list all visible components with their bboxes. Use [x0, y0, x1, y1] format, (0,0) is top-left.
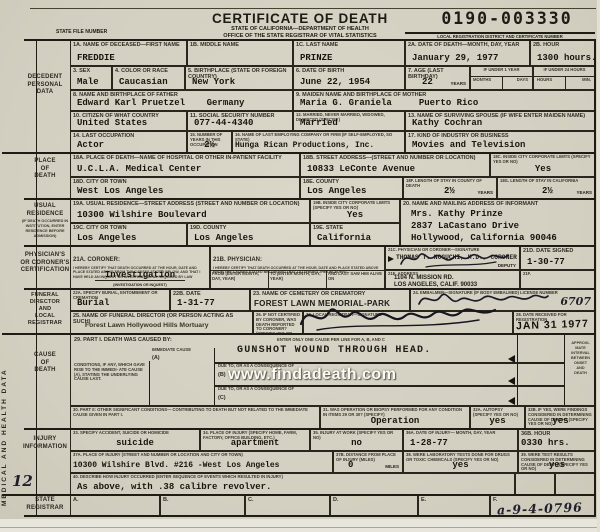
field-findings-considered: 32B. IF YES, WERE FINDINGS CONSIDERED IN…: [525, 406, 596, 429]
field-residence-county: 19D. COUNTYLos Angeles: [187, 223, 310, 246]
field-burial-date: 22B. DATE1-31-77: [170, 289, 250, 311]
field-citizen-of: 10. CITIZEN OF WHAT COUNTRYUnited States: [70, 111, 187, 131]
interval-tick-mark: [508, 355, 515, 363]
handwritten-arrow-mark: [388, 256, 394, 262]
field-coroner-certification: 21A. CORONER: I HEREBY CERTIFY THAT DEAT…: [70, 246, 210, 289]
field-informant: 20. NAME AND MAILING ADDRESS OF INFORMAN…: [400, 199, 596, 246]
field-place-of-injury-address: 37A. PLACE OF INJURY (STREET AND NUMBER …: [70, 451, 333, 473]
grid-line: [24, 198, 596, 200]
interval-column-label: APPROXI- MATE INTERVAL BETWEEN ONSET AND…: [565, 341, 596, 375]
field-last-name: 1C. LAST NAMEPRINZE: [293, 40, 405, 66]
field-age-under-24-hours: IF UNDER 24 HOURS HOURS MIN.: [533, 66, 596, 90]
grid-line: [214, 348, 215, 406]
section-label-funeral-director: FUNERAL DIRECTOR AND LOCAL REGISTRAR: [22, 292, 68, 326]
grid-line: [2, 494, 24, 496]
field-industry: 17. KIND OF INDUSTRY OR BUSINESSMovies a…: [405, 131, 596, 153]
section-label-decedent: DECEDENT PERSONAL DATA: [22, 74, 68, 97]
field-age: 7. AGE (LAST BIRTHDAY)22 YEARS: [405, 66, 470, 90]
field-how-injury-occurred: 40. DESCRIBE HOW INJURY OCCURRED (ENTER …: [70, 473, 515, 495]
death-certificate-scan: STATE FILE NUMBER CERTIFICATE OF DEATH S…: [0, 0, 600, 532]
empty-box: [515, 473, 555, 495]
field-autopsy: 32A. AUTOPSY (SPECIFY YES OR NO)yes: [470, 406, 525, 429]
grid-line: [24, 152, 596, 154]
field-place-of-injury-type: 34. PLACE OF INJURY (SPECIFY HOME, FARM,…: [200, 429, 310, 451]
grid-line: [149, 361, 150, 406]
coroner-deputy-signature: [398, 247, 516, 271]
field-date-signed: 21D. DATE SIGNED1-30-77: [520, 246, 596, 270]
field-birthplace: 5. BIRTHPLACE (STATE OR FOREIGN COUNTRY)…: [185, 66, 293, 90]
field-place-of-death-street: 18B. STREET ADDRESS—(STREET AND NUMBER O…: [300, 153, 490, 177]
interval-tick-mark: [508, 397, 515, 405]
field-length-of-stay-county: 18F. LENGTH OF STAY IN COUNTY OF DEATH2½…: [403, 177, 497, 199]
field-burial-type: 22A. SPECIFY BURIAL, ENTOMBMENT OR CREMA…: [70, 289, 170, 311]
section-label-physician-coroner: PHYSICIAN'S OR CORONER'S CERTIFICATION: [17, 252, 73, 275]
field-test-results-considered: 39. WERE TEST RESULTS CONSIDERED IN DETE…: [518, 451, 596, 473]
field-lab-tests-done: 38. WERE LABORATORY TESTS DONE FOR DRUGS…: [403, 451, 518, 473]
field-place-of-death-facility: 18A. PLACE OF DEATH—NAME OF HOSPITAL OR …: [70, 153, 300, 177]
field-last-occupation: 14. LAST OCCUPATIONActor: [70, 131, 187, 153]
section-label-place-of-death: PLACE OF DEATH: [22, 158, 68, 181]
state-file-number-label: STATE FILE NUMBER: [56, 29, 107, 35]
field-date-of-death: 2A. DATE OF DEATH—MONTH, DAY, YEARJanuar…: [405, 40, 530, 66]
field-other-significant-conditions: 30. PART II: OTHER SIGNIFICANT CONDITION…: [70, 406, 320, 429]
field-accident-suicide-homicide: 33. SPECIFY ACCIDENT, SUICIDE OR HOMICID…: [70, 429, 200, 451]
grid-line: [2, 333, 24, 335]
scan-edge-line: [0, 527, 600, 528]
grid-line: [517, 335, 518, 406]
section-label-usual-residence: USUAL RESIDENCE: [20, 203, 70, 218]
registrar-box-e: E.: [418, 495, 490, 516]
field-color-or-race: 4. COLOR OR RACECaucasian: [112, 66, 185, 90]
section-label-injury-information: INJURY INFORMATION: [20, 436, 70, 451]
field-residence-city: 19C. CITY OR TOWNLos Angeles: [70, 223, 187, 246]
handwritten-page-number: 12: [12, 472, 33, 490]
field-21f-box: 21F.: [520, 270, 596, 289]
field-age-under-1-year: IF UNDER 1 YEAR MONTHS DAYS: [470, 66, 533, 90]
field-funeral-director-name: 25. NAME OF FUNERAL DIRECTOR (OR PERSON …: [70, 311, 253, 334]
field-distance-from-injury: 37B. DISTANCE FROM PLACE OF INJURY (MILE…: [333, 451, 403, 473]
grid-line: [24, 428, 596, 430]
field-residence-state: 19E. STATECalifornia: [310, 223, 400, 246]
registrar-box-a: A.: [70, 495, 160, 516]
local-registrar-signature: [295, 296, 510, 336]
field-employing-company: 16. NAME OF LAST EMPLOYING COMPANY OR FI…: [232, 131, 405, 153]
scan-bottom-strip: [0, 519, 600, 532]
field-surviving-spouse: 13. NAME OF SURVIVING SPOUSE (IF WIFE EN…: [405, 111, 596, 131]
field-date-of-injury: 36A. DATE OF INJURY— MONTH, DAY, YEAR1-2…: [403, 429, 518, 451]
field-length-of-stay-california: 18G. LENGTH OF STAY IN CALIFORNIA2½ YEAR…: [497, 177, 596, 199]
registrar-box-c: C.: [245, 495, 330, 516]
section-label-medical-health-data: MEDICAL AND HEALTH DATA: [1, 338, 8, 506]
certificate-number: 0190-003330: [418, 9, 596, 28]
handwritten-file-number: a-9-4-0796: [497, 500, 583, 518]
findadeath-watermark: www.findadeath.com: [228, 366, 396, 384]
section-label-cause-of-death: CAUSE OF DEATH: [22, 352, 68, 375]
interval-tick-mark: [508, 377, 515, 385]
field-marital-status: 12. MARRIED, NEVER MARRIED, WIDOWED, DIV…: [293, 111, 405, 131]
grid-line: [36, 40, 37, 516]
section-note-usual-residence: (IF DEATH OCCURRED IN INSTITUTION, ENTER…: [20, 219, 70, 239]
field-operation-performed: 31. WAS OPERATION OR BIOPSY PERFORMED FO…: [320, 406, 470, 429]
field-residence-street: 19A. USUAL RESIDENCE—STREET ADDRESS (STR…: [70, 199, 310, 223]
grid-line: [594, 40, 596, 516]
field-date-of-birth: 6. DATE OF BIRTHJune 22, 1954: [293, 66, 405, 90]
field-physician-certification: 21B. PHYSICIAN: I HEREBY CERTIFY THAT DE…: [210, 246, 385, 289]
empty-box: [555, 473, 596, 495]
cause-immediate-value: GUNSHOT WOUND THROUGH HEAD.: [237, 345, 431, 356]
registration-date-stamp: JAN 31 1977: [516, 318, 589, 333]
field-middle-name: 1B. MIDDLE NAME: [187, 40, 293, 66]
page-title: CERTIFICATE OF DEATH: [150, 11, 450, 26]
field-place-city-or-town: 18D. CITY OR TOWNWest Los Angeles: [70, 177, 300, 199]
field-father-name-birthplace: 8. NAME AND BIRTHPLACE OF FATHEREdward K…: [70, 90, 293, 111]
registrar-box-d: D.: [330, 495, 418, 516]
field-injury-at-work: 35. INJURY AT WORK (SPECIFY YES OR NO)no: [310, 429, 403, 451]
field-coroner-address: 21E. ADDRESS 1104 N. MISSION RD. LOS ANG…: [385, 270, 520, 289]
field-hour-of-death: 2B. HOUR1300 hours.: [530, 40, 596, 66]
field-hour-of-injury: 36B. HOUR0330 hrs.: [518, 429, 596, 451]
field-mother-name-birthplace: 9. MAIDEN NAME AND BIRTHPLACE OF MOTHERM…: [293, 90, 596, 111]
grid-line: [24, 39, 596, 41]
field-place-inside-city-limits: 18C. INSIDE CITY CORPORATE LIMITS (SPECI…: [490, 153, 596, 177]
grid-line: [24, 494, 596, 496]
field-place-county: 18E. COUNTYLos Angeles: [300, 177, 403, 199]
field-residence-inside-city-limits: 19B. INSIDE CITY CORPORATE LIMITS (SPECI…: [310, 199, 400, 223]
field-sex: 3. SEXMale: [70, 66, 112, 90]
grid-line: [2, 152, 24, 154]
field-years-in-occupation: 15. NUMBER OF YEARS IN THIS OCCUPATION2½: [187, 131, 232, 153]
section-label-state-registrar: STATE REGISTRAR: [22, 497, 68, 512]
registrar-box-b: B.: [160, 495, 245, 516]
field-first-name: 1A. NAME OF DECEASED—FIRST NAMEFREDDIE: [70, 40, 187, 66]
field-social-security-number: 11. SOCIAL SECURITY NUMBER077-44-4340: [187, 111, 293, 131]
